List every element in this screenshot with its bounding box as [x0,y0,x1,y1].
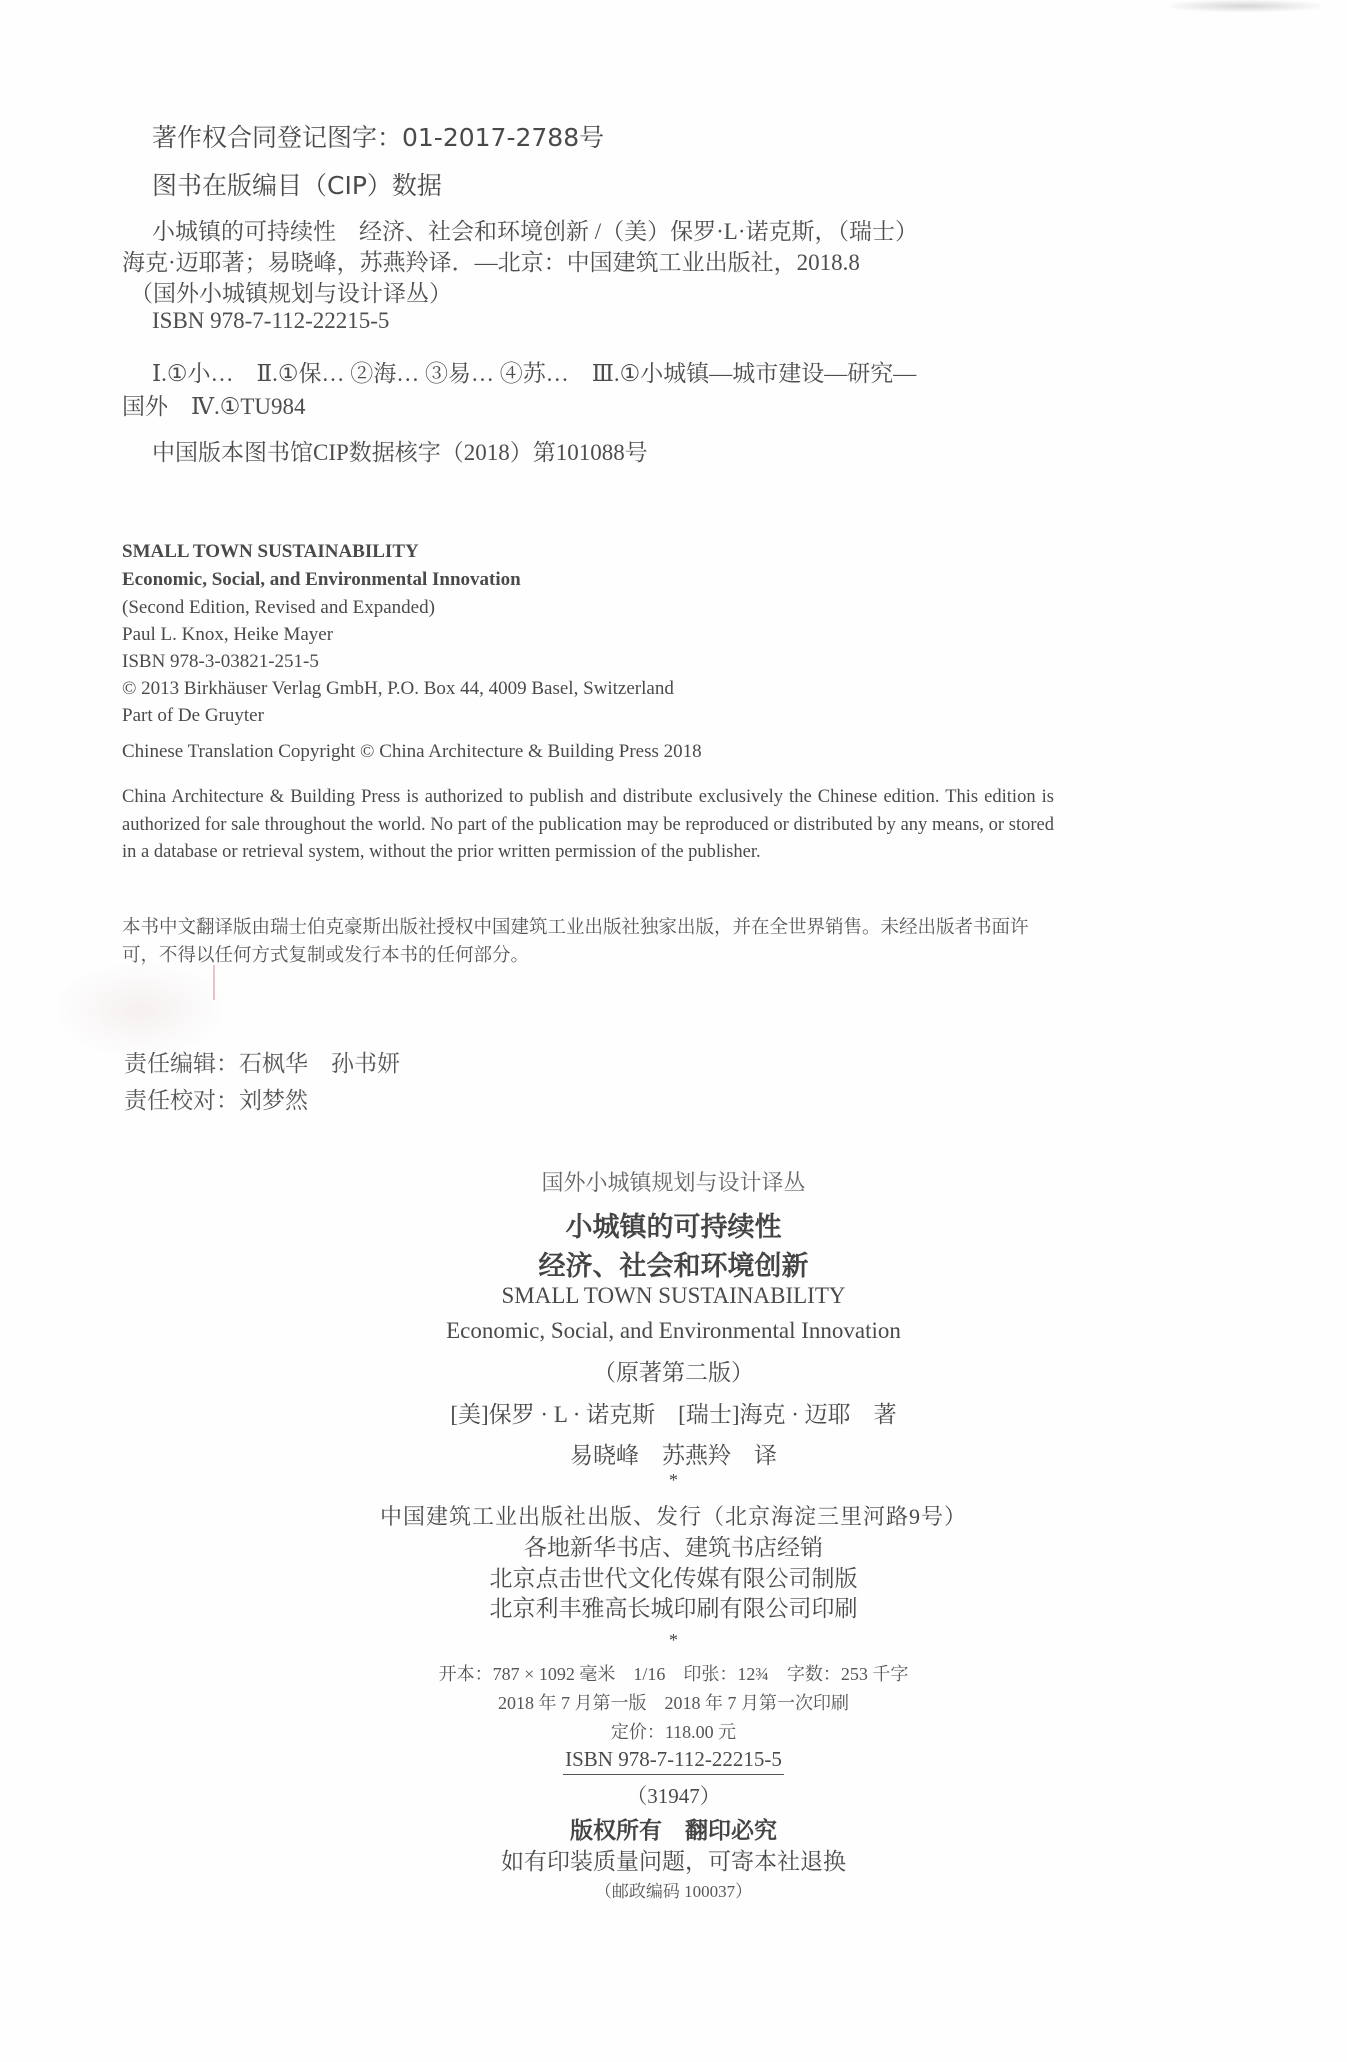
cip-entry-line-3: （国外小城镇规划与设计译丛） [130,275,452,308]
original-copyright: © 2013 Birkhäuser Verlag GmbH, P.O. Box … [122,678,674,700]
english-rights-statement: China Architecture & Building Press is a… [122,784,1054,867]
all-rights-reserved: 版权所有 翻印必究 [0,1812,1347,1845]
postal-code: （邮政编码 100037） [0,1877,1347,1902]
book-title-cn: 小城镇的可持续性 [0,1205,1347,1244]
book-code: （31947） [0,1780,1347,1810]
chinese-rights-statement: 本书中文翻译版由瑞士伯克豪斯出版社授权中国建筑工业出版社独家出版，并在全世界销售… [122,914,1057,970]
responsible-proofreader: 责任校对：刘梦然 [124,1082,308,1115]
translation-copyright: Chinese Translation Copyright © China Ar… [122,741,702,763]
responsible-editors: 责任编辑：石枫华 孙书妍 [124,1045,400,1078]
original-title: SMALL TOWN SUSTAINABILITY [122,541,419,563]
colophon-isbn-wrap: ISBN 978-7-112-22215-5 [0,1747,1347,1775]
original-part-of: Part of De Gruyter [122,705,264,727]
returns-notice: 如有印装质量问题，可寄本社退换 [0,1843,1347,1876]
original-edition: (Second Edition, Revised and Expanded) [122,597,435,619]
cip-isbn: ISBN 978-7-112-22215-5 [152,308,389,334]
separator-star: * [0,1470,1347,1491]
price: 定价：118.00 元 [0,1718,1347,1744]
cip-heading: 图书在版编目（CIP）数据 [152,166,442,202]
separator-star-2: * [0,1630,1347,1651]
series-name: 国外小城镇规划与设计译丛 [0,1166,1347,1197]
cip-subjects-line-2: 国外 Ⅳ.①TU984 [122,388,306,421]
red-mark-artifact [213,965,215,1000]
cip-verification: 中国版本图书馆CIP数据核字（2018）第101088号 [152,434,648,467]
edition-dates: 2018 年 7 月第一版 2018 年 7 月第一次印刷 [0,1689,1347,1715]
cip-entry-line-2: 海克·迈耶著；易晓峰，苏燕羚译．—北京：中国建筑工业出版社，2018.8 [122,244,860,277]
plate-maker-line: 北京点击世代文化传媒有限公司制版 [0,1560,1347,1593]
authors-cn: [美]保罗 · L · 诺克斯 [瑞士]海克 · 迈耶 著 [0,1396,1347,1429]
copyright-registration: 著作权合同登记图字：01-2017-2788号 [152,118,604,154]
original-isbn: ISBN 978-3-03821-251-5 [122,651,319,673]
cip-subjects-line-1: Ⅰ.①小… Ⅱ.①保… ②海… ③易… ④苏… Ⅲ.①小城镇—城市建设—研究— [152,355,916,388]
edition-cn: （原著第二版） [0,1354,1347,1387]
book-title-en: SMALL TOWN SUSTAINABILITY [0,1283,1347,1309]
copyright-page: 著作权合同登记图字：01-2017-2788号 图书在版编目（CIP）数据 小城… [0,0,1347,2062]
translators-cn: 易晓峰 苏燕羚 译 [0,1437,1347,1470]
distributor-line: 各地新华书店、建筑书店经销 [0,1529,1347,1562]
colophon-isbn: ISBN 978-7-112-22215-5 [563,1747,784,1775]
publisher-line: 中国建筑工业出版社出版、发行（北京海淀三里河路9号） [0,1500,1347,1531]
book-specs: 开本：787 × 1092 毫米 1/16 印张：12¾ 字数：253 千字 [0,1660,1347,1686]
cip-entry-line-1: 小城镇的可持续性 经济、社会和环境创新 /（美）保罗·L·诺克斯，（瑞士） [152,213,918,246]
scan-artifact [1170,0,1320,12]
original-authors: Paul L. Knox, Heike Mayer [122,624,333,646]
printer-line: 北京利丰雅高长城印刷有限公司印刷 [0,1590,1347,1623]
book-subtitle-en: Economic, Social, and Environmental Inno… [0,1318,1347,1344]
original-subtitle: Economic, Social, and Environmental Inno… [122,569,521,591]
book-subtitle-cn: 经济、社会和环境创新 [0,1244,1347,1283]
